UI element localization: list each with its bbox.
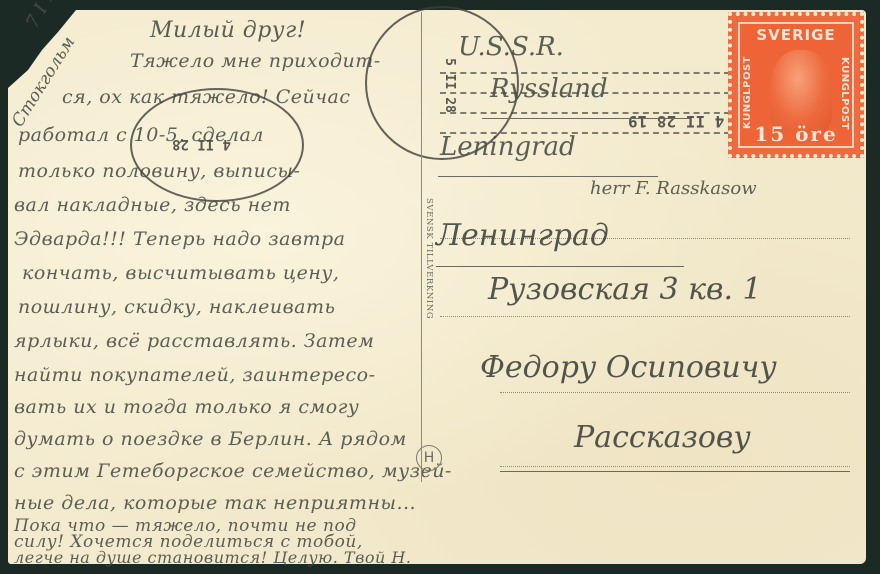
address-city-latin: Leningrad <box>440 132 576 162</box>
letter-line: найти покупателей, заинтересо- <box>14 364 376 386</box>
address-recipient-name: Федору Осиповичу <box>480 350 777 385</box>
letter-line: думать о поездке в Берлин. А рядом <box>14 428 407 450</box>
letter-line: легче на душе становится! Целую. Твой Н. <box>14 548 411 567</box>
address-country-line-1: U.S.S.R. <box>458 32 564 62</box>
machine-cancel-date: 4 II 28 19 <box>628 112 724 131</box>
address-line-rule <box>500 466 850 467</box>
letter-line: Тяжело мне приходит- <box>130 50 381 72</box>
publisher-logo-icon: H <box>416 445 442 471</box>
stamp-frame: SVERIGE KUNGLPOST KUNGLPOST 15 öre <box>738 22 854 148</box>
printer-mark: SVENSK TILLVERKNING <box>424 198 434 319</box>
address-underline <box>500 471 850 472</box>
address-city: Ленинград <box>436 218 609 253</box>
king-portrait-icon <box>770 50 832 132</box>
address-recipient-surname: Рассказову <box>574 420 751 455</box>
address-underline <box>438 176 658 177</box>
center-divider <box>421 12 422 482</box>
postmark-top-date: 5 II 28 <box>442 58 457 113</box>
letter-line: кончать, высчитывать цену, <box>22 262 339 284</box>
letter-line: вать их и тогда только я смогу <box>14 396 359 418</box>
address-line-rule <box>500 392 850 393</box>
postage-stamp: SVERIGE KUNGLPOST KUNGLPOST 15 öre <box>728 12 864 158</box>
stamp-value: 15 öre <box>740 122 852 146</box>
letter-line: Милый друг! <box>150 18 306 43</box>
address-underline <box>436 266 684 267</box>
stamp-country: SVERIGE <box>740 26 852 44</box>
letter-line: пошлину, скидку, наклеивать <box>18 296 335 318</box>
address-country-line-2: Ryssland <box>490 74 608 104</box>
postmark-left-date: 4 II 28 <box>172 136 231 152</box>
address-street: Рузовская 3 кв. 1 <box>488 272 762 307</box>
address-line-rule <box>440 316 850 317</box>
letter-line: Эдварда!!! Теперь надо завтра <box>14 228 346 250</box>
letter-line: ярлыки, всё расставлять. Затем <box>14 330 374 352</box>
address-underline <box>482 118 692 119</box>
address-attention: herr F. Rasskasow <box>590 178 757 199</box>
letter-line: ные дела, которые так неприятны... <box>14 492 416 514</box>
letter-line: с этим Гетеборгское семейство, музей- <box>14 460 452 482</box>
